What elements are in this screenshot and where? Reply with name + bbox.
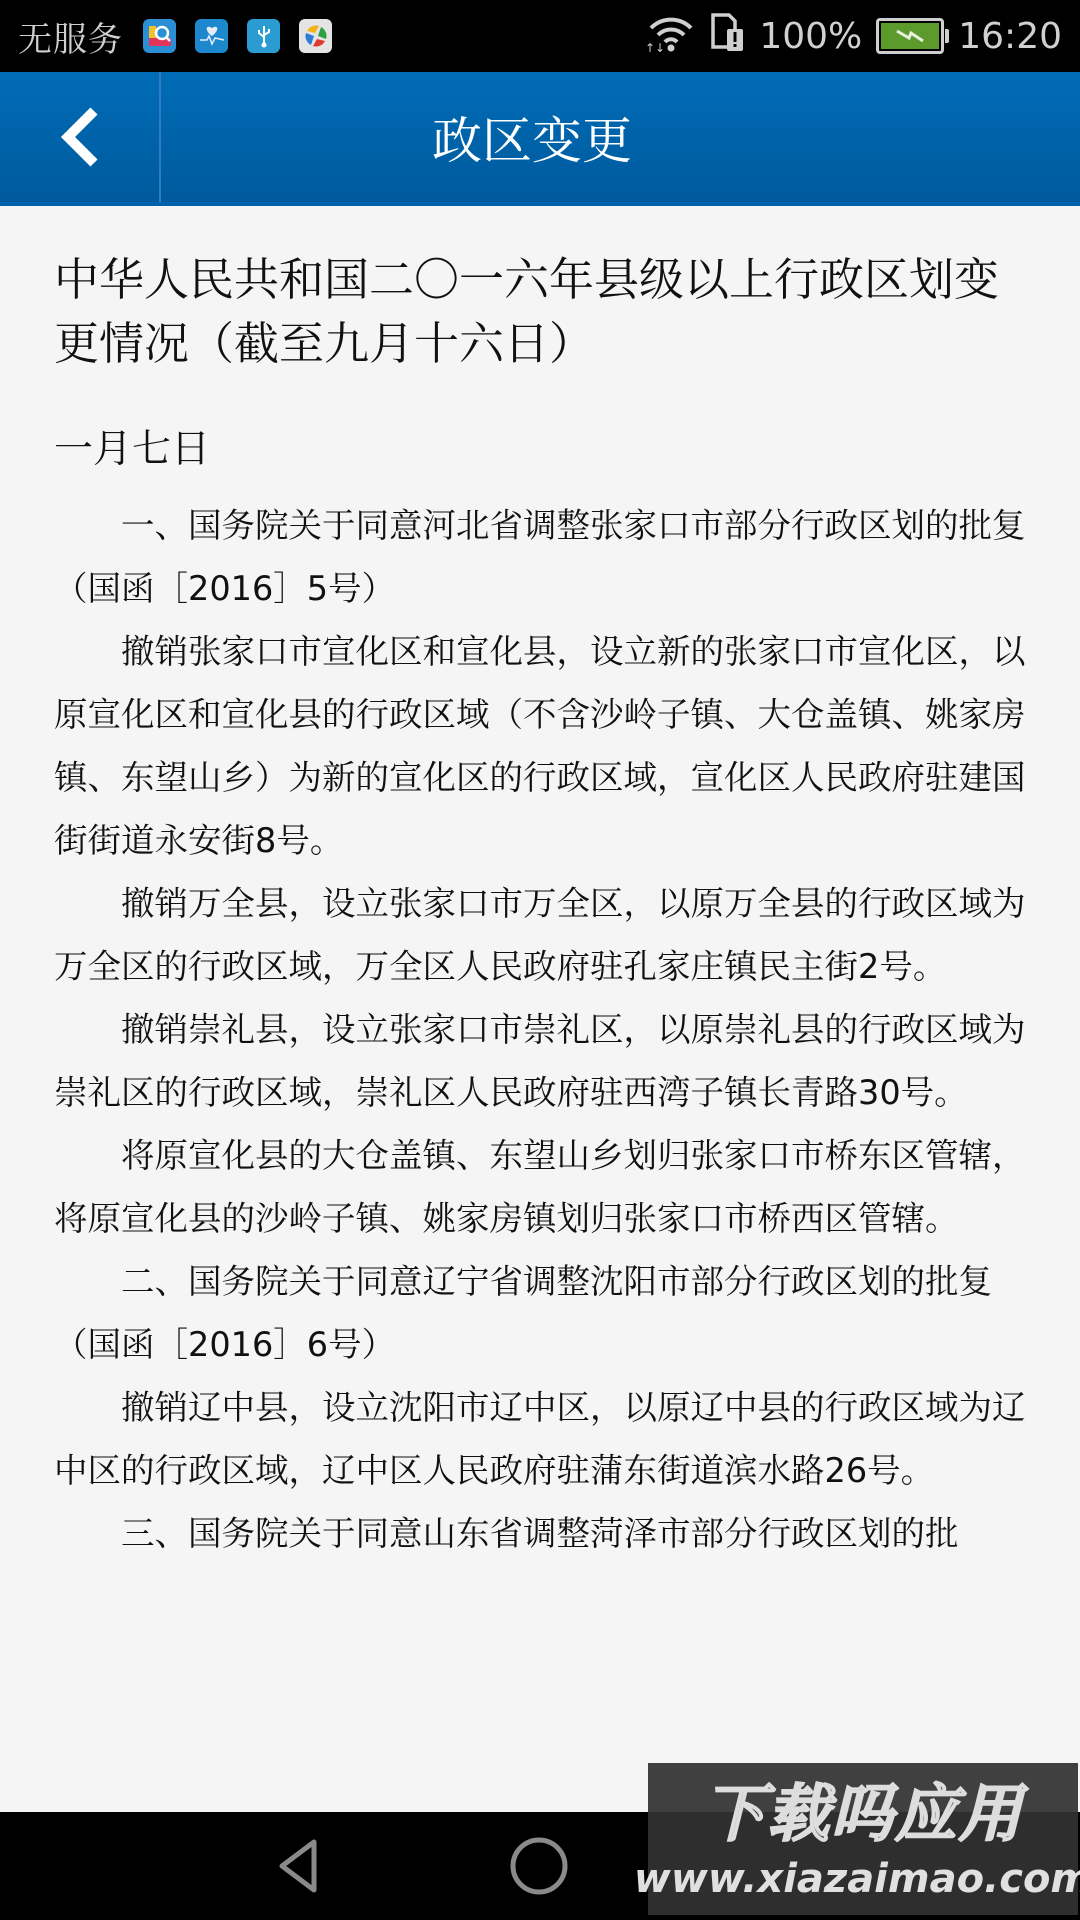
app-store-icon	[299, 19, 332, 53]
health-heart-icon	[195, 19, 228, 53]
svg-text:↑↓: ↑↓	[645, 41, 665, 52]
carrier-label: 无服务	[18, 12, 123, 61]
paragraph: 撤销崇礼县，设立张家口市崇礼区，以原崇礼县的行政区域为崇礼区的行政区域，崇礼区人…	[54, 998, 1028, 1124]
paragraph: 撤销张家口市宣化区和宣化县，设立新的张家口市宣化区，以原宣化区和宣化县的行政区域…	[54, 620, 1028, 872]
app-header: 政区变更	[0, 72, 1080, 206]
status-left: 无服务	[18, 12, 351, 61]
nav-back-button[interactable]	[264, 1830, 336, 1902]
watermark-url: www.xiazaimao.com	[634, 1854, 1080, 1904]
paragraph: 撤销辽中县，设立沈阳市辽中区，以原辽中县的行政区域为辽中区的行政区域，辽中区人民…	[54, 1376, 1028, 1502]
wifi-icon: ↑↓	[645, 12, 697, 61]
paragraph: 一、国务院关于同意河北省调整张家口市部分行政区划的批复（国函［2016］5号）	[54, 494, 1028, 620]
paragraph: 撤销万全县，设立张家口市万全区，以原万全县的行政区域为万全区的行政区域，万全区人…	[54, 872, 1028, 998]
contacts-search-icon	[143, 19, 176, 53]
usb-icon	[247, 19, 280, 53]
battery-charging-icon	[876, 18, 944, 54]
paragraph: 三、国务院关于同意山东省调整菏泽市部分行政区划的批	[54, 1502, 1028, 1565]
article-title: 中华人民共和国二〇一六年县级以上行政区划变更情况（截至九月十六日）	[54, 248, 1028, 376]
watermark-overlay: 下载吗应用 www.xiazaimao.com	[648, 1763, 1078, 1915]
back-triangle-icon	[264, 1830, 336, 1902]
chevron-left-icon	[58, 107, 102, 167]
page-title: 政区变更	[162, 72, 1080, 202]
home-circle-icon	[503, 1830, 575, 1902]
back-button[interactable]	[0, 72, 161, 202]
clock: 16:20	[958, 16, 1062, 57]
sim-alert-icon	[711, 13, 745, 60]
date-heading: 一月七日	[54, 420, 1028, 480]
article-content[interactable]: 中华人民共和国二〇一六年县级以上行政区划变更情况（截至九月十六日） 一月七日 一…	[0, 206, 1080, 1812]
paragraph: 将原宣化县的大仓盖镇、东望山乡划归张家口市桥东区管辖，将原宣化县的沙岭子镇、姚家…	[54, 1124, 1028, 1250]
battery-percent: 100%	[759, 16, 862, 57]
status-bar: 无服务 ↑↓ 100% 16:20	[0, 0, 1080, 72]
nav-home-button[interactable]	[503, 1830, 575, 1902]
paragraph: 二、国务院关于同意辽宁省调整沈阳市部分行政区划的批复（国函［2016］6号）	[54, 1250, 1028, 1376]
status-right: ↑↓ 100% 16:20	[631, 0, 1062, 72]
watermark-text: 下载吗应用	[703, 1774, 1023, 1854]
